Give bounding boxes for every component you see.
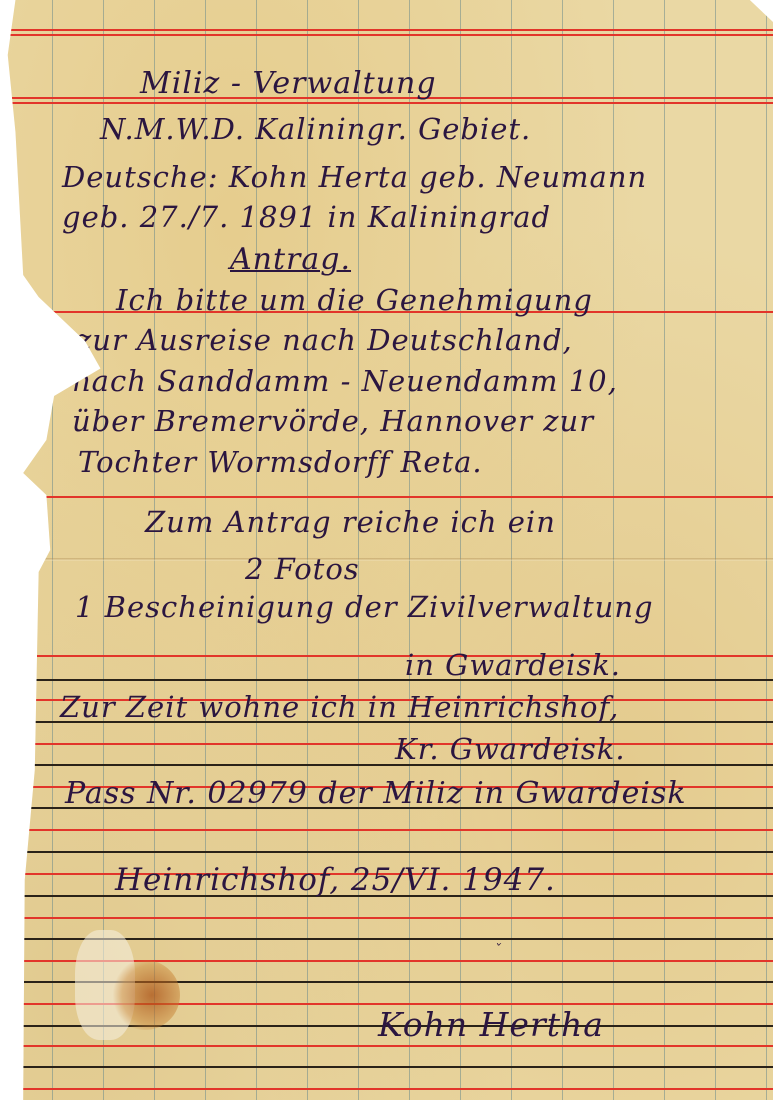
- enclosure-item: 2 Fotos: [245, 552, 360, 586]
- signature: Kohn Hertha: [378, 1005, 604, 1044]
- black-rule: [0, 764, 773, 766]
- enclosure-item: 1 Bescheinigung der Zivilverwaltung: [75, 590, 654, 624]
- red-rule: [0, 829, 773, 831]
- stain-mark: [110, 960, 180, 1030]
- red-rule: [0, 655, 773, 657]
- paper-sheet: Miliz - Verwaltung N.M.W.D. Kaliningr. G…: [0, 0, 773, 1100]
- enclosure-item: in Gwardeisk.: [405, 648, 621, 682]
- residence-line: Zur Zeit wohne ich in Heinrichshof,: [60, 690, 619, 724]
- red-rule: [0, 102, 773, 104]
- red-rule: [0, 743, 773, 745]
- black-rule: [0, 851, 773, 853]
- body-line: zur Ausreise nach Deutschland,: [76, 323, 573, 357]
- red-rule: [0, 1045, 773, 1047]
- red-rule: [0, 496, 773, 498]
- black-rule: [0, 679, 773, 681]
- fold-crease: [0, 558, 773, 561]
- applicant-name: Deutsche: Kohn Herta geb. Neumann: [62, 160, 647, 194]
- document-title: Antrag.: [230, 242, 351, 277]
- body-line: Tochter Wormsdorff Reta.: [78, 445, 483, 479]
- passport-line: Pass Nr. 02979 der Miliz in Gwardeisk: [65, 776, 687, 811]
- body-line: über Bremervörde, Hannover zur: [72, 404, 594, 438]
- red-rule: [0, 34, 773, 36]
- red-rule: [0, 29, 773, 31]
- place-date: Heinrichshof, 25/VI. 1947.: [115, 862, 556, 898]
- tick-mark: ˇ: [494, 942, 502, 958]
- red-rule: [0, 1088, 773, 1090]
- applicant-birth: geb. 27./7. 1891 in Kaliningrad: [62, 200, 551, 234]
- red-rule: [0, 917, 773, 919]
- body-line: nach Sanddamm - Neuendamm 10,: [72, 364, 618, 398]
- black-rule: [0, 1066, 773, 1068]
- body-line: Ich bitte um die Genehmigung: [116, 283, 593, 317]
- authority-region: N.M.W.D. Kaliningr. Gebiet.: [100, 112, 531, 146]
- authority-heading: Miliz - Verwaltung: [140, 66, 437, 101]
- residence-district: Kr. Gwardeisk.: [395, 732, 626, 766]
- enclosures-intro: Zum Antrag reiche ich ein: [145, 505, 556, 539]
